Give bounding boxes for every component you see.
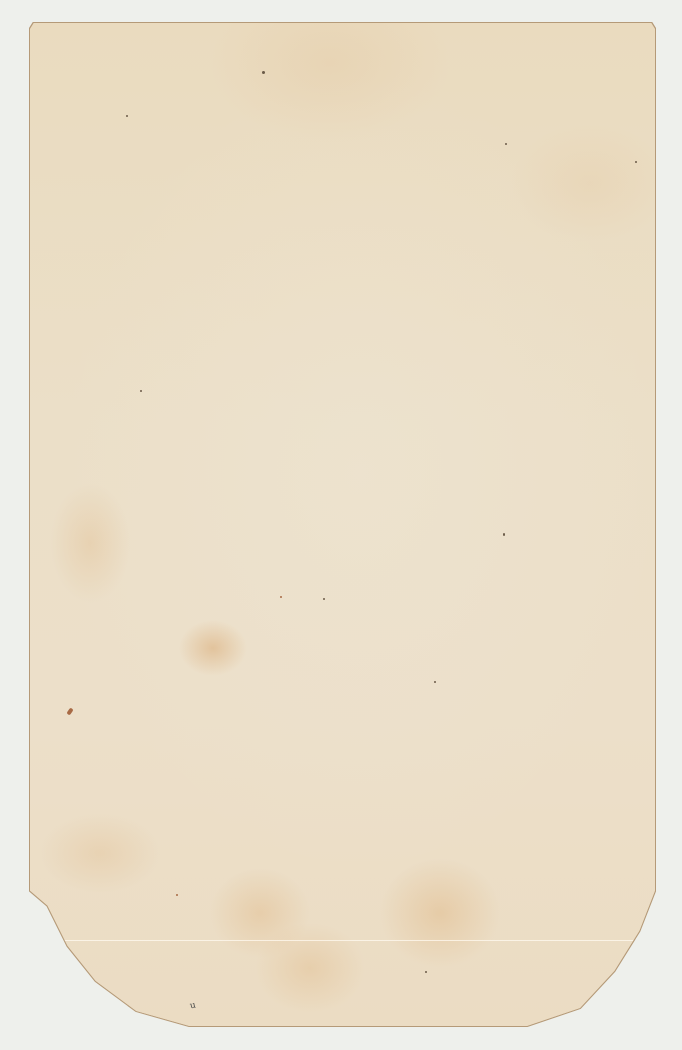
speck — [262, 71, 265, 74]
speck — [635, 161, 637, 163]
rust-speck — [66, 707, 73, 715]
speck — [425, 971, 427, 973]
speck — [140, 390, 142, 392]
rust-speck — [280, 596, 282, 598]
pencil-mark: u — [189, 1001, 197, 1012]
rust-speck — [176, 894, 178, 896]
speck — [126, 115, 128, 117]
speck — [323, 598, 325, 600]
paper-card: u — [30, 23, 655, 1026]
speck — [503, 533, 505, 536]
speck — [434, 681, 436, 683]
speck — [505, 143, 507, 145]
fold-crease — [30, 940, 655, 941]
